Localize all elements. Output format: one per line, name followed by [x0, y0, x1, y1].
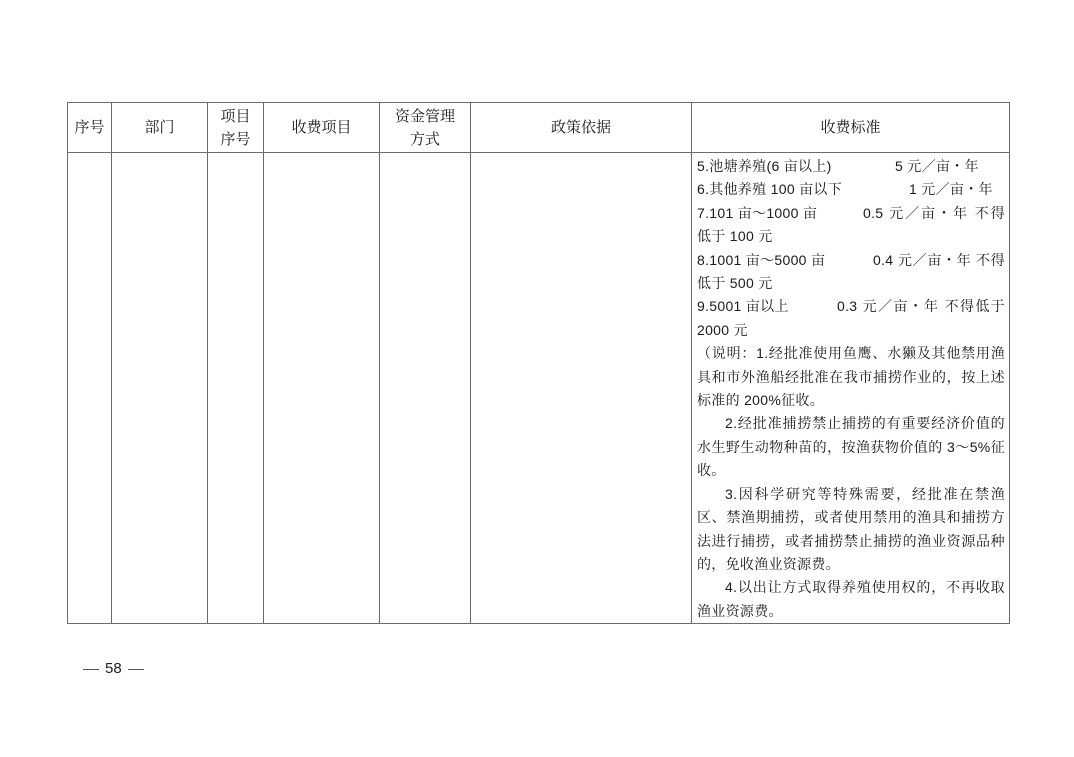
note-4: 4.以出让方式取得养殖使用权的，不再收取渔业资源费。 [697, 576, 1005, 623]
cell-item-seq [208, 153, 264, 624]
note-2: 2.经批准捕捞禁止捕捞的有重要经济价值的水生野生动物种苗的，按渔获物价值的 3～… [697, 412, 1005, 482]
dash-right [128, 669, 144, 670]
header-dept: 部门 [112, 103, 208, 153]
header-policy: 政策依据 [471, 103, 692, 153]
header-fund-mgmt: 资金管理方式 [380, 103, 471, 153]
cell-fee-item [264, 153, 380, 624]
header-row: 序号 部门 项目序号 收费项目 资金管理方式 政策依据 收费标准 [68, 103, 1010, 153]
rate-line: 6.其他养殖 100 亩以下 1 元／亩・年 [697, 178, 1005, 201]
rate-line: 7.101 亩～1000 亩0.5 元／亩・年 不得低于 100 元 [697, 202, 1005, 249]
rate-line: 5.池塘养殖(6 亩以上) 5 元／亩・年 [697, 155, 1005, 178]
rate-line: 9.5001 亩以上0.3 元／亩・年 不得低于 2000 元 [697, 295, 1005, 342]
cell-standard: 5.池塘养殖(6 亩以上) 5 元／亩・年 6.其他养殖 100 亩以下 1 元… [692, 153, 1010, 624]
cell-policy [471, 153, 692, 624]
cell-dept [112, 153, 208, 624]
header-fee-item: 收费项目 [264, 103, 380, 153]
cell-seq [68, 153, 112, 624]
rate-line: 8.1001 亩～5000 亩0.4 元／亩・年 不得低于 500 元 [697, 249, 1005, 296]
cell-fund-mgmt [380, 153, 471, 624]
page-number: 58 [77, 660, 150, 677]
table-row: 5.池塘养殖(6 亩以上) 5 元／亩・年 6.其他养殖 100 亩以下 1 元… [68, 153, 1010, 624]
header-item-seq: 项目序号 [208, 103, 264, 153]
header-standard: 收费标准 [692, 103, 1010, 153]
fee-table: 序号 部门 项目序号 收费项目 资金管理方式 政策依据 收费标准 5.池塘养殖(… [67, 102, 1010, 624]
note-3: 3.因科学研究等特殊需要，经批准在禁渔区、禁渔期捕捞，或者使用禁用的渔具和捕捞方… [697, 483, 1005, 577]
header-seq: 序号 [68, 103, 112, 153]
note-1: （说明：1.经批准使用鱼鹰、水獭及其他禁用渔具和市外渔船经批准在我市捕捞作业的，… [697, 342, 1005, 412]
dash-left [83, 669, 99, 670]
